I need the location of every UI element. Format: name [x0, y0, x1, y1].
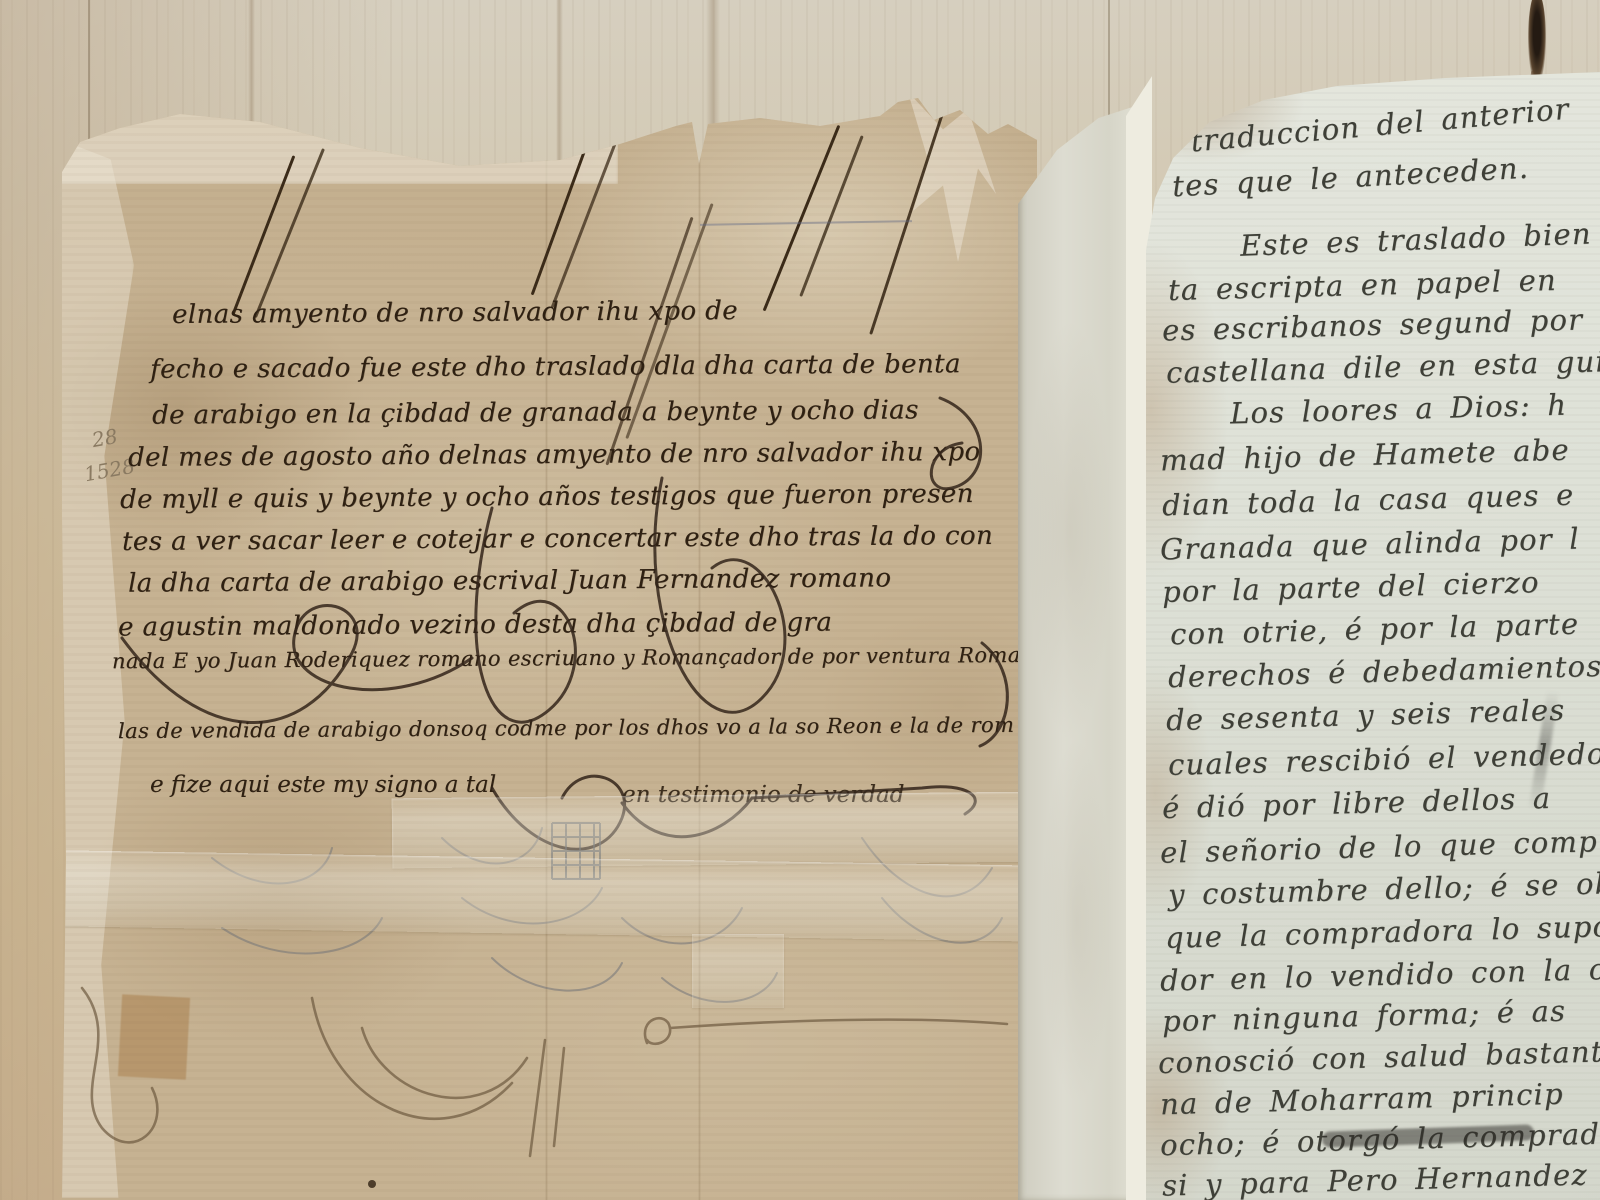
tape-strip [55, 850, 1044, 942]
manuscript-line: que la compradora lo supo [1165, 909, 1600, 955]
manuscript-line: castellana dile en esta gui [1166, 344, 1600, 390]
manuscript-line: dor en lo vendido con la comp [1160, 950, 1600, 997]
left-parchment-document: 28 1528 elnas amyento de nro salvador ih… [62, 98, 1037, 1200]
manuscript-line: é dió por libre dellos a [1162, 781, 1552, 825]
manuscript-line: Granada que alinda por l [1160, 522, 1580, 567]
manuscript-line: conosció con salud bastante [1158, 1034, 1600, 1080]
manuscript-line: mad hijo de Hamete abe [1160, 433, 1571, 478]
manuscript-line: dian toda la casa ques e [1162, 478, 1575, 523]
manuscript-line: es escribanos segund por [1162, 302, 1584, 347]
manuscript-line: tes que le anteceden. [1171, 151, 1529, 204]
tape-strip [692, 934, 784, 1008]
pen-flourishes [62, 98, 1037, 1200]
manuscript-line: ta escripta en papel en [1168, 263, 1558, 307]
manuscript-line: por ninguna forma; é as [1162, 994, 1567, 1039]
right-translation-page: traduccion del anteriortes que le antece… [1146, 70, 1600, 1200]
manuscript-line: y costumbre dello; é se ob [1168, 866, 1600, 912]
manuscript-line: de sesenta y seis reales [1166, 693, 1566, 737]
manuscript-line: derechos é debedamientos, c [1168, 648, 1600, 695]
manuscript-line: Los loores a Dios: h [1230, 388, 1568, 431]
manuscript-line: el señorio de lo que comp [1160, 824, 1599, 869]
manuscript-line: con otrie, é por la parte [1170, 607, 1580, 652]
manuscript-line: por la parte del cierzo [1162, 565, 1541, 609]
manuscript-line: si y para Pero Hernandez [1162, 1157, 1589, 1200]
photo-open-manuscript-book: 28 1528 elnas amyento de nro salvador ih… [0, 0, 1600, 1200]
manuscript-line: Este es traslado bien e [1240, 215, 1600, 262]
brown-tape-stain [118, 994, 190, 1079]
manuscript-line: na de Moharram princip [1160, 1077, 1565, 1122]
